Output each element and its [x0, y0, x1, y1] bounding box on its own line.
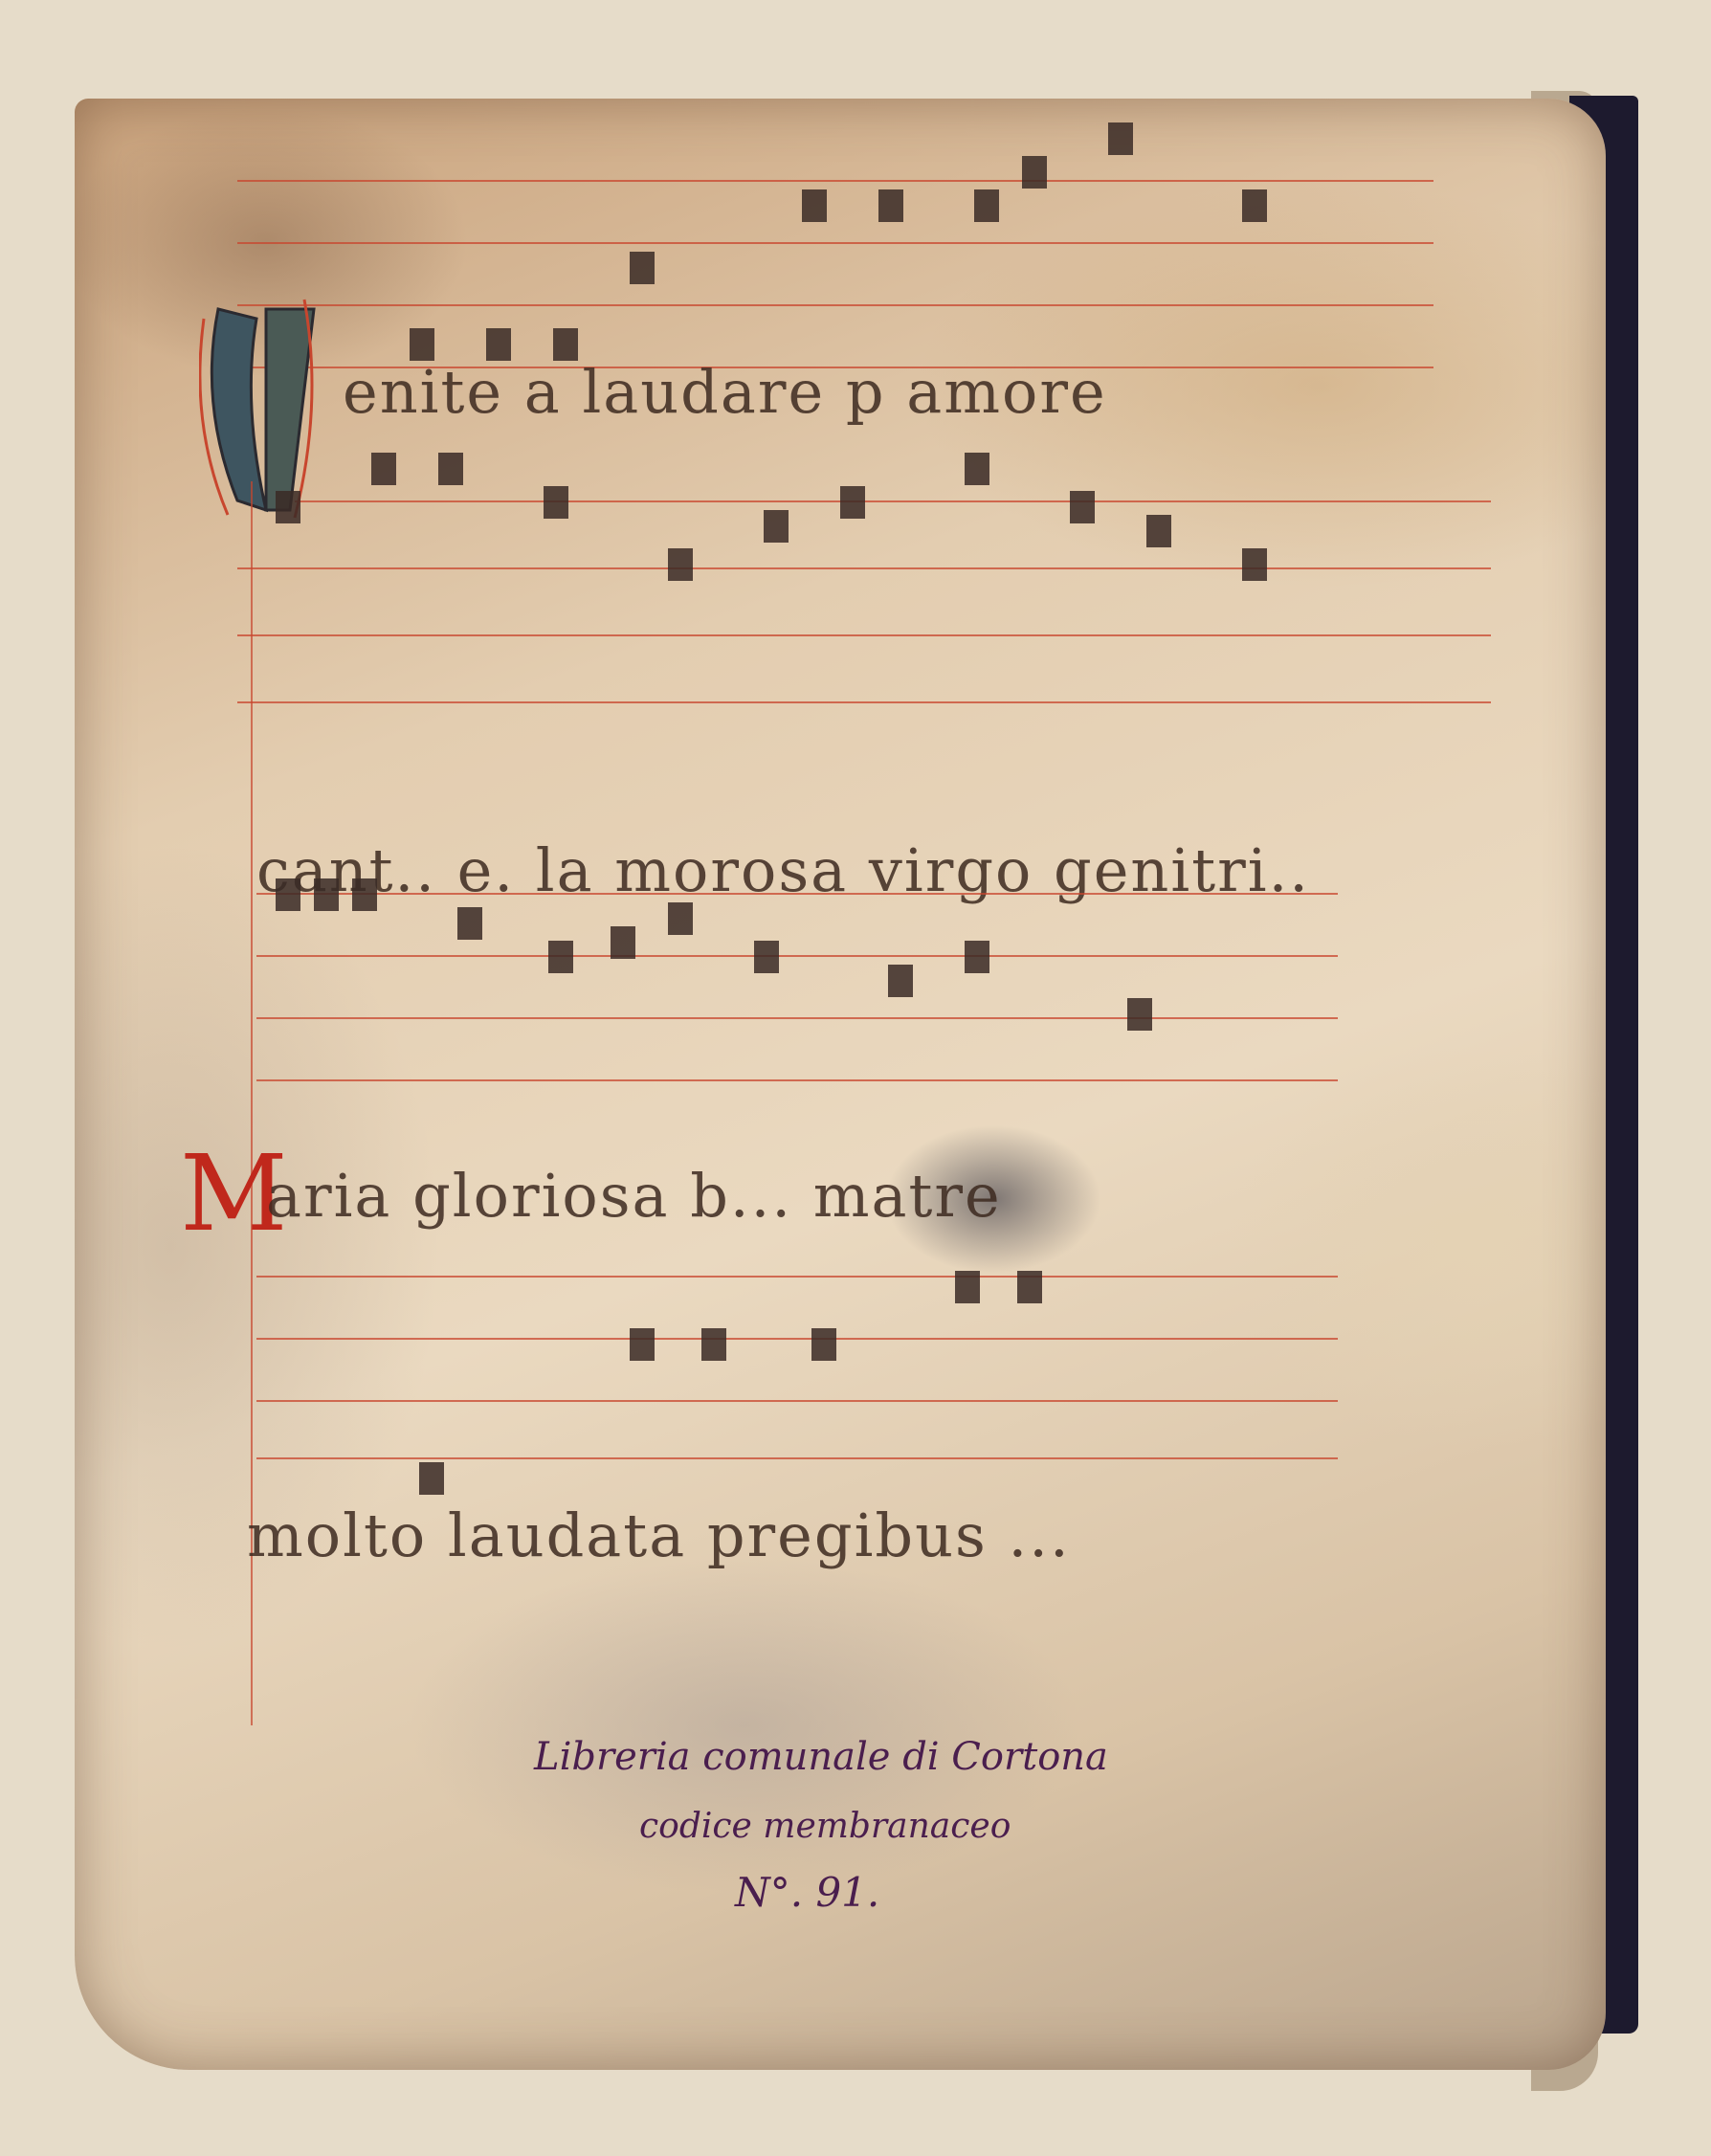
- neume: [438, 453, 463, 485]
- lyric-line: aria gloriosa b... matre: [266, 1161, 1002, 1231]
- neume: [1242, 548, 1267, 581]
- staff-line: [237, 180, 1433, 182]
- staff-line: [256, 1400, 1338, 1402]
- inscription-line-2: codice membranaceo: [639, 1807, 1011, 1846]
- neume: [553, 328, 578, 361]
- staff-line: [256, 1276, 1338, 1278]
- staff-line: [237, 634, 1491, 636]
- staff-line: [256, 893, 1338, 895]
- staff-line: [256, 955, 1338, 957]
- neume: [888, 965, 913, 997]
- neume: [965, 453, 989, 485]
- neume: [410, 328, 434, 361]
- neume: [955, 1271, 980, 1303]
- neume: [1146, 515, 1171, 547]
- staff-line: [256, 1017, 1338, 1019]
- lyric-line: cant.. e. la morosa virgo genitri..: [256, 835, 1310, 905]
- lyric-line: enite a laudare p amore: [343, 357, 1107, 427]
- neume: [486, 328, 511, 361]
- neume: [1108, 122, 1133, 155]
- neume: [419, 1462, 444, 1495]
- staff-line: [237, 304, 1433, 306]
- staff-line: [295, 500, 1491, 502]
- neume: [754, 941, 779, 973]
- neume: [1242, 189, 1267, 222]
- inscription-line-3: N°. 91.: [735, 1869, 879, 1916]
- neume: [811, 1328, 836, 1361]
- staff-line: [256, 1457, 1338, 1459]
- staff-line: [237, 701, 1491, 703]
- neume: [276, 878, 300, 911]
- neume: [965, 941, 989, 973]
- neume: [802, 189, 827, 222]
- neume: [371, 453, 396, 485]
- neume: [276, 491, 300, 523]
- neume: [764, 510, 789, 543]
- staff-line: [237, 567, 1491, 569]
- neume: [840, 486, 865, 519]
- neume: [352, 878, 377, 911]
- inscription-line-1: Libreria comunale di Cortona: [534, 1735, 1108, 1779]
- neume: [668, 902, 693, 935]
- staff-line: [237, 242, 1433, 244]
- lyric-line: molto laudata pregibus ...: [247, 1500, 1071, 1570]
- neume: [630, 252, 655, 284]
- neume: [668, 548, 693, 581]
- illuminated-initial-v: [199, 290, 323, 520]
- neume: [878, 189, 903, 222]
- neume: [1070, 491, 1095, 523]
- neume: [1022, 156, 1047, 189]
- neume: [548, 941, 573, 973]
- neume: [974, 189, 999, 222]
- neume: [1127, 998, 1152, 1031]
- neume: [1017, 1271, 1042, 1303]
- photo-frame: enite a laudare p amore cant.. e. la mor…: [0, 0, 1711, 2156]
- neume: [630, 1328, 655, 1361]
- neume: [457, 907, 482, 940]
- neume: [701, 1328, 726, 1361]
- neume: [314, 878, 339, 911]
- staff-line: [256, 1338, 1338, 1340]
- neume: [611, 926, 635, 959]
- neume: [544, 486, 568, 519]
- manuscript-page: enite a laudare p amore cant.. e. la mor…: [75, 99, 1606, 2070]
- staff-line: [256, 1079, 1338, 1081]
